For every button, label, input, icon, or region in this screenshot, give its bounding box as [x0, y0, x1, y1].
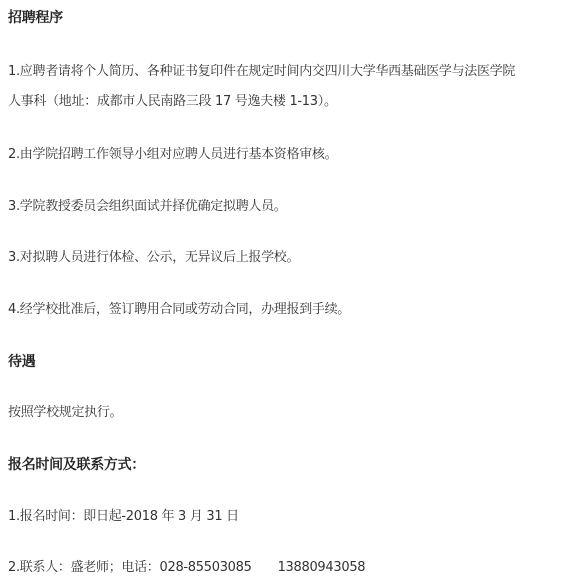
contact-mobile: 13880943058: [278, 560, 366, 575]
contact-line: 2.联系人：盛老师；电话：028-8550308513880943058: [8, 559, 365, 577]
process-item-4: 4.经学校批准后，签订聘用合同或劳动合同，办理报到手续。: [8, 301, 350, 319]
registration-time: 1.报名时间：即日起-2018 年 3 月 31 日: [8, 508, 239, 526]
process-item-2: 2.由学院招聘工作领导小组对应聘人员进行基本资格审核。: [8, 146, 337, 164]
benefits-heading: 待遇: [8, 353, 35, 371]
process-item-1a: 1.应聘者请将个人简历、各种证书复印件在规定时间内交四川大学华西基础医学与法医学…: [8, 63, 515, 81]
process-item-1b: 人事科（地址：成都市人民南路三段 17 号逸夫楼 1-13）。: [8, 93, 337, 111]
process-item-3: 3.学院教授委员会组织面试并择优确定拟聘人员。: [8, 198, 287, 216]
benefits-text: 按照学校规定执行。: [8, 404, 122, 422]
contact-person-phone: 2.联系人：盛老师；电话：028-85503085: [8, 560, 252, 575]
registration-heading: 报名时间及联系方式：: [8, 456, 145, 474]
process-item-3b: 3.对拟聘人员进行体检、公示，无异议后上报学校。: [8, 249, 299, 267]
recruitment-process-heading: 招聘程序: [8, 9, 63, 27]
